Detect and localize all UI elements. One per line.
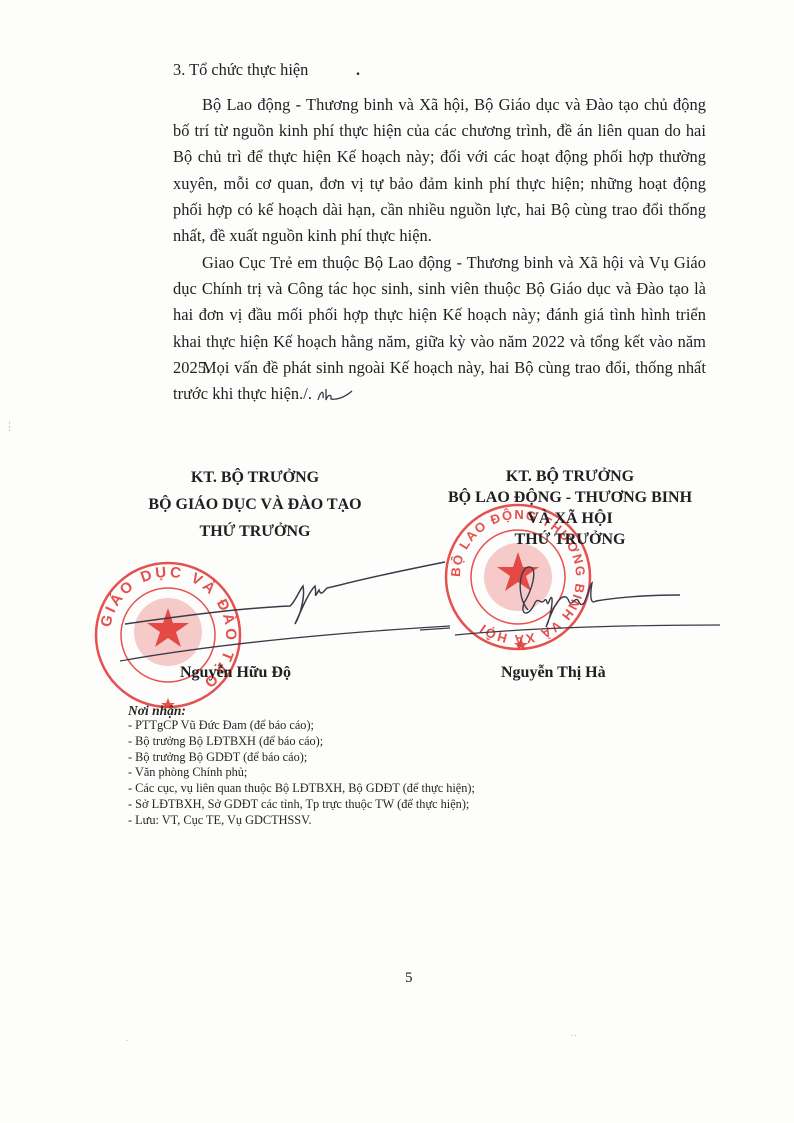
list-item: - Các cục, vụ liên quan thuộc Bộ LĐTBXH,…: [128, 781, 475, 797]
list-item: - Văn phòng Chính phủ;: [128, 765, 475, 781]
list-item: - Bộ trưởng Bộ GDĐT (để báo cáo);: [128, 750, 475, 766]
scan-artifact: ··: [570, 1030, 577, 1042]
sig-position-line: THỨ TRƯỞNG: [120, 520, 390, 543]
list-item: - PTTgCP Vũ Đức Đam (để báo cáo);: [128, 718, 475, 734]
sig-position-line: THỨ TRƯỞNG: [405, 529, 735, 550]
list-item: - Bộ trưởng Bộ LĐTBXH (để báo cáo);: [128, 734, 475, 750]
paragraph-text: Mọi vấn đề phát sinh ngoài Kế hoạch này,…: [173, 358, 706, 403]
sig-title-line: KT. BỘ TRƯỞNG: [405, 466, 735, 487]
signature-block-education: KT. BỘ TRƯỞNG BỘ GIÁO DỤC VÀ ĐÀO TẠO THỨ…: [120, 466, 390, 547]
sig-ministry-line-2: VÀ XÃ HỘI: [405, 508, 735, 529]
recipients-list: Nơi nhận: - PTTgCP Vũ Đức Đam (để báo cá…: [128, 703, 475, 829]
paragraph-text: Bộ Lao động - Thương binh và Xã hội, Bộ …: [173, 92, 706, 249]
paragraph-closing: Mọi vấn đề phát sinh ngoài Kế hoạch này,…: [173, 355, 706, 407]
recipients-title: Nơi nhận:: [128, 703, 475, 718]
handwritten-signature-icon: [115, 556, 450, 666]
initial-mark-icon: [316, 386, 354, 404]
paragraph-funding: Bộ Lao động - Thương binh và Xã hội, Bộ …: [173, 92, 706, 249]
document-page: 3. Tổ chức thực hiện . Bộ Lao động - Thư…: [0, 0, 794, 1123]
section-heading: 3. Tổ chức thực hiện: [173, 60, 308, 80]
scan-artifact-dot: .: [356, 62, 360, 80]
handwritten-signature-icon: [420, 555, 725, 645]
scan-artifact: ·: [125, 1035, 129, 1047]
list-item: - Sở LĐTBXH, Sở GDĐT các tỉnh, Tp trực t…: [128, 797, 475, 813]
sig-ministry-line: BỘ LAO ĐỘNG - THƯƠNG BINH: [405, 487, 735, 508]
signature-block-labour: KT. BỘ TRƯỞNG BỘ LAO ĐỘNG - THƯƠNG BINH …: [405, 466, 735, 550]
scan-artifact: ⋮: [4, 420, 15, 433]
signer-name-labour: Nguyễn Thị Hà: [501, 664, 606, 682]
signer-name-education: Nguyễn Hữu Độ: [180, 664, 291, 682]
page-number: 5: [405, 970, 413, 987]
sig-ministry-line: BỘ GIÁO DỤC VÀ ĐÀO TẠO: [120, 493, 390, 516]
sig-title-line: KT. BỘ TRƯỞNG: [120, 466, 390, 489]
list-item: - Lưu: VT, Cục TE, Vụ GDCTHSSV.: [128, 813, 475, 829]
